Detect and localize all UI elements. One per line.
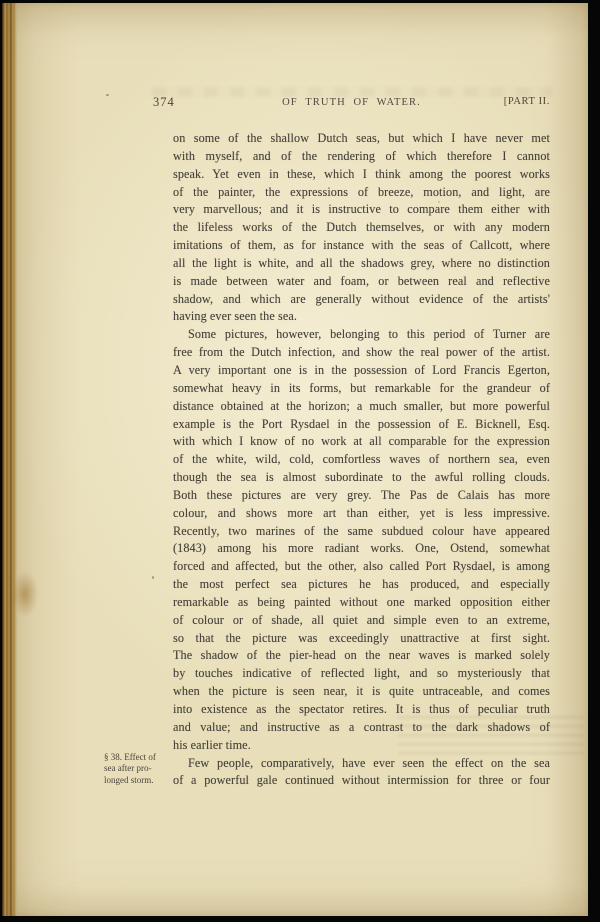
text-line: the most perfect sea pictures he has pro… xyxy=(173,576,550,594)
paragraph: Few people, comparatively, have ever see… xyxy=(173,755,550,791)
text-line: speak. Yet even in these, which I think … xyxy=(173,166,550,184)
running-head: 374 OF TRUTH OF WATER. [PART II. xyxy=(153,95,550,111)
page-number: 374 xyxy=(153,95,175,110)
text-line: Recently, two marines of the same subdue… xyxy=(173,523,550,541)
text-line: of the painter, the expressions of breez… xyxy=(173,184,550,202)
text-line: of the white, wild, cold, comfortless wa… xyxy=(173,451,550,469)
page-edge-stack xyxy=(2,3,18,916)
margin-note-line: longed storm. xyxy=(104,775,176,786)
text-line: Both these pictures are very grey. The P… xyxy=(173,487,550,505)
margin-note-line: sea after pro- xyxy=(104,763,176,774)
part-label: [PART II. xyxy=(504,96,550,107)
margin-note: § 38. Effect of sea after pro- longed st… xyxy=(104,752,176,786)
paper-speck xyxy=(106,94,109,96)
text-line: is made between water and foam, or betwe… xyxy=(173,273,550,291)
text-line: with myself, and of the rendering of whi… xyxy=(173,148,550,166)
text-line: though the sea is almost subordinate to … xyxy=(173,469,550,487)
text-line: imitations of them, as for instance with… xyxy=(173,237,550,255)
paper-speck xyxy=(152,576,154,579)
text-line: very marvellous; and it is instructive t… xyxy=(173,201,550,219)
text-line: somewhat heavy in its forms, but remarka… xyxy=(173,380,550,398)
text-line: shadow, and which are generally without … xyxy=(173,291,550,309)
text-line: example is the Port Rysdael in the posse… xyxy=(173,416,550,434)
text-line: having ever seen the sea. xyxy=(173,308,550,326)
running-title: OF TRUTH OF WATER. xyxy=(282,97,421,108)
text-line: and value; and instructive as a contrast… xyxy=(173,719,550,737)
text-line: A very important one is in the possessio… xyxy=(173,362,550,380)
text-line: The shadow of the pier-head on the near … xyxy=(173,647,550,665)
text-line: of colour or of shade, all quiet and sim… xyxy=(173,612,550,630)
paragraph: on some of the shallow Dutch seas, but w… xyxy=(173,130,550,326)
text-line: Some pictures, however, belonging to thi… xyxy=(173,326,550,344)
margin-note-line: § 38. Effect of xyxy=(104,752,176,763)
text-line: all the light is white, and all the shad… xyxy=(173,255,550,273)
text-line: the lifeless works of the Dutch themselv… xyxy=(173,219,550,237)
text-line: distance obtained at the horizon; a much… xyxy=(173,398,550,416)
text-line: Few people, comparatively, have ever see… xyxy=(173,755,550,773)
text-line: colour, and shows more art than either, … xyxy=(173,505,550,523)
text-line: (1843) among his more radiant works. One… xyxy=(173,540,550,558)
paragraph: Some pictures, however, belonging to thi… xyxy=(173,326,550,754)
text-line: free from the Dutch infection, and show … xyxy=(173,344,550,362)
text-line: so that the picture was exceedingly unat… xyxy=(173,630,550,648)
text-line: into existence as the spectator retires.… xyxy=(173,701,550,719)
book-page: 374 OF TRUTH OF WATER. [PART II. § 38. E… xyxy=(2,3,588,916)
text-line: with which I know of no work at all comp… xyxy=(173,433,550,451)
paper-stain xyxy=(12,571,38,617)
text-line: when the picture is seen near, it is qui… xyxy=(173,683,550,701)
text-line: of a powerful gale continued without int… xyxy=(173,772,550,790)
text-line: on some of the shallow Dutch seas, but w… xyxy=(173,130,550,148)
text-line: remarkable as being painted without one … xyxy=(173,594,550,612)
text-line: forced and affected, but the other, also… xyxy=(173,558,550,576)
text-line: his earlier time. xyxy=(173,737,550,755)
scanned-book-page: 374 OF TRUTH OF WATER. [PART II. § 38. E… xyxy=(0,0,600,922)
body-text: on some of the shallow Dutch seas, but w… xyxy=(173,130,550,790)
text-line: by touches indicative of reflected light… xyxy=(173,665,550,683)
